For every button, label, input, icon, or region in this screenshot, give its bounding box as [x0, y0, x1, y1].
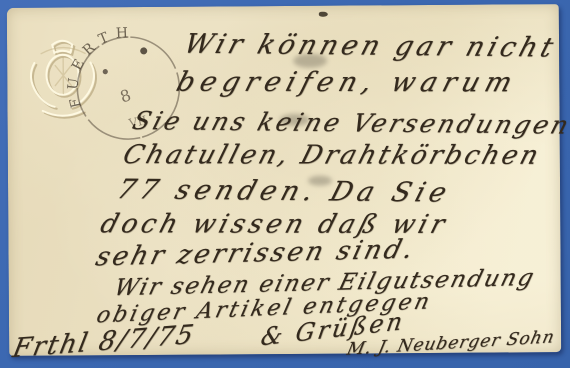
handwriting-line-1: Wir können gar nicht [180, 29, 560, 64]
handwriting-line-4: Chatullen, Drahtkörbchen [119, 140, 544, 171]
postmark-town-text: FUERTH [54, 22, 150, 110]
scanned-postcard-photo: FUERTH 8 VII Wir können gar nicht begrei… [0, 0, 570, 368]
ink-speck [319, 12, 328, 17]
handwriting-line-7: sehr zerrissen sind. [93, 234, 420, 272]
svg-text:FUERTH: FUERTH [54, 22, 150, 110]
handwriting-line-5: 77 senden. Da Sie [113, 174, 455, 208]
handwriting-line-3: Sie uns keine Versendungen [129, 106, 570, 139]
postmark-day: 8 [118, 85, 134, 106]
postcard-front: FUERTH 8 VII Wir können gar nicht begrei… [7, 4, 561, 356]
handwriting-line-2: begreifen, warum [173, 67, 522, 99]
handwriting-dateline: Frthl 8/7/75 [10, 320, 198, 365]
